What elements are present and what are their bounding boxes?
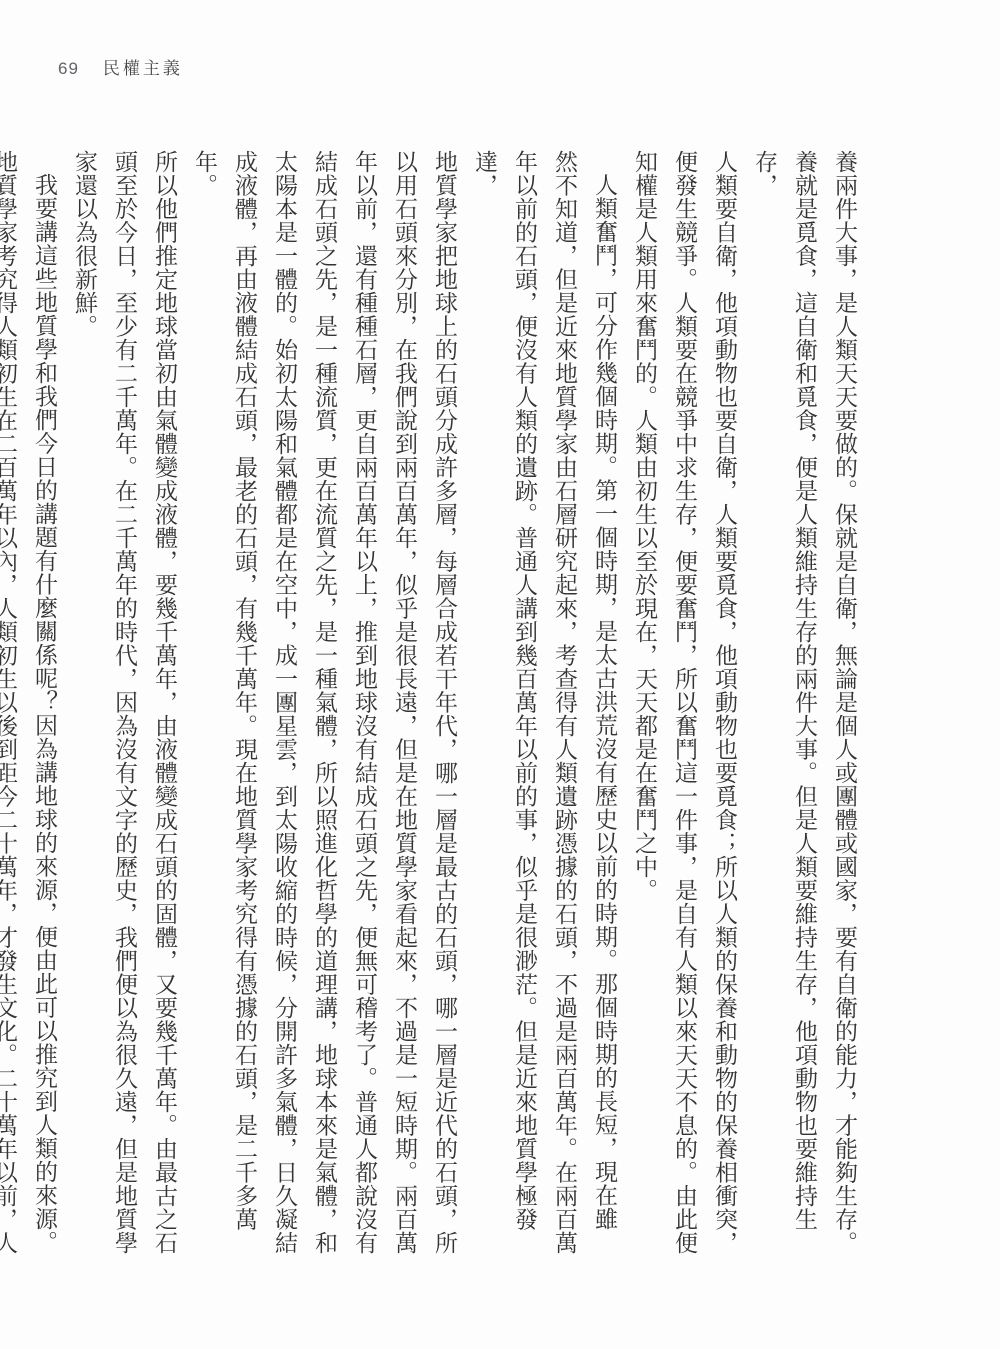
- text-column-p2-c5: 以用石頭來分別，在我們說到兩百萬年，似乎是很長遠，但是在地質學家看起來，不過是一…: [384, 150, 424, 1268]
- text-column-p3-c2: 地質學家考究得人類初生在二百萬年以內，人類初生以後到距今二十萬年，才發生文化。二…: [0, 150, 24, 1268]
- book-title: 民權主義: [103, 54, 183, 79]
- text-column-p2-c9: 成液體，再由液體結成石頭，最老的石頭，有幾千萬年。現在地質學家考究得有憑據的石頭…: [184, 150, 264, 1268]
- text-column-p2-c10: 所以他們推定地球當初由氣體變成液體，要幾千萬年，由液體變成石頭的固體，又要幾千萬…: [144, 150, 184, 1268]
- text-column-p3-c1: 我要講這些地質學和我們今日的講題有什麼關係呢？因為講地球的來源，便由此可以推究到…: [24, 150, 64, 1268]
- page-header: 69 民權主義: [58, 54, 183, 79]
- text-column-p1-c3: 人類要自衛，他項動物也要自衛，人類要覓食，他項動物也要覓食；所以人類的保養和動物…: [704, 150, 744, 1268]
- text-column-p2-c8: 太陽本是一體的。始初太陽和氣體都是在空中，成一團星雲，到太陽收縮的時候，分開許多…: [264, 150, 304, 1268]
- text-column-p1-c5: 知權是人類用來奮鬥的。人類由初生以至於現在，天天都是在奮鬥之中。: [624, 150, 664, 1268]
- text-column-p1-c4: 便發生競爭。人類要在競爭中求生存，便要奮鬥，所以奮鬥這一件事，是自有人類以來天天…: [664, 150, 704, 1268]
- page-number: 69: [58, 59, 79, 79]
- text-column-p1-c1: 養兩件大事，是人類天天要做的。保就是自衛，無論是個人或團體或國家，要有自衛的能力…: [824, 150, 864, 1268]
- text-column-p2-c1: 人類奮鬥，可分作幾個時期。第一個時期，是太古洪荒沒有歷史以前的時期。那個時期的長…: [584, 150, 624, 1268]
- vertical-text-body: 養兩件大事，是人類天天要做的。保就是自衛，無論是個人或團體或國家，要有自衛的能力…: [0, 150, 864, 1268]
- text-column-p1-c2: 養就是覓食，這自衛和覓食，便是人類維持生存的兩件大事。但是人類要維持生存，他項動…: [744, 150, 824, 1268]
- text-column-p2-c4: 地質學家把地球上的石頭分成許多層，每層合成若干年代，哪一層是最古的石頭，哪一層是…: [424, 150, 464, 1268]
- text-column-p2-c7: 結成石頭之先，是一種流質，更在流質之先，是一種氣體，所以照進化哲學的道理講，地球…: [304, 150, 344, 1268]
- text-column-p2-c2: 然不知道，但是近來地質學家由石層研究起來，考查得有人類遺跡憑據的石頭，不過是兩百…: [544, 150, 584, 1268]
- text-column-p2-c6: 年以前，還有種種石層，更自兩百萬年以上，推到地球沒有結成石頭之先，便無可稽考了。…: [344, 150, 384, 1268]
- text-column-p2-c11: 頭至於今日，至少有二千萬年。在二千萬年的時代，因為沒有文字的歷史，我們便以為很久…: [104, 150, 144, 1268]
- text-column-p2-c3: 年以前的石頭，便沒有人類的遺跡。普通人講到幾百萬年以前的事，似乎是很渺茫。但是近…: [464, 150, 544, 1268]
- text-column-p2-c12: 家還以為很新鮮。: [64, 150, 104, 1268]
